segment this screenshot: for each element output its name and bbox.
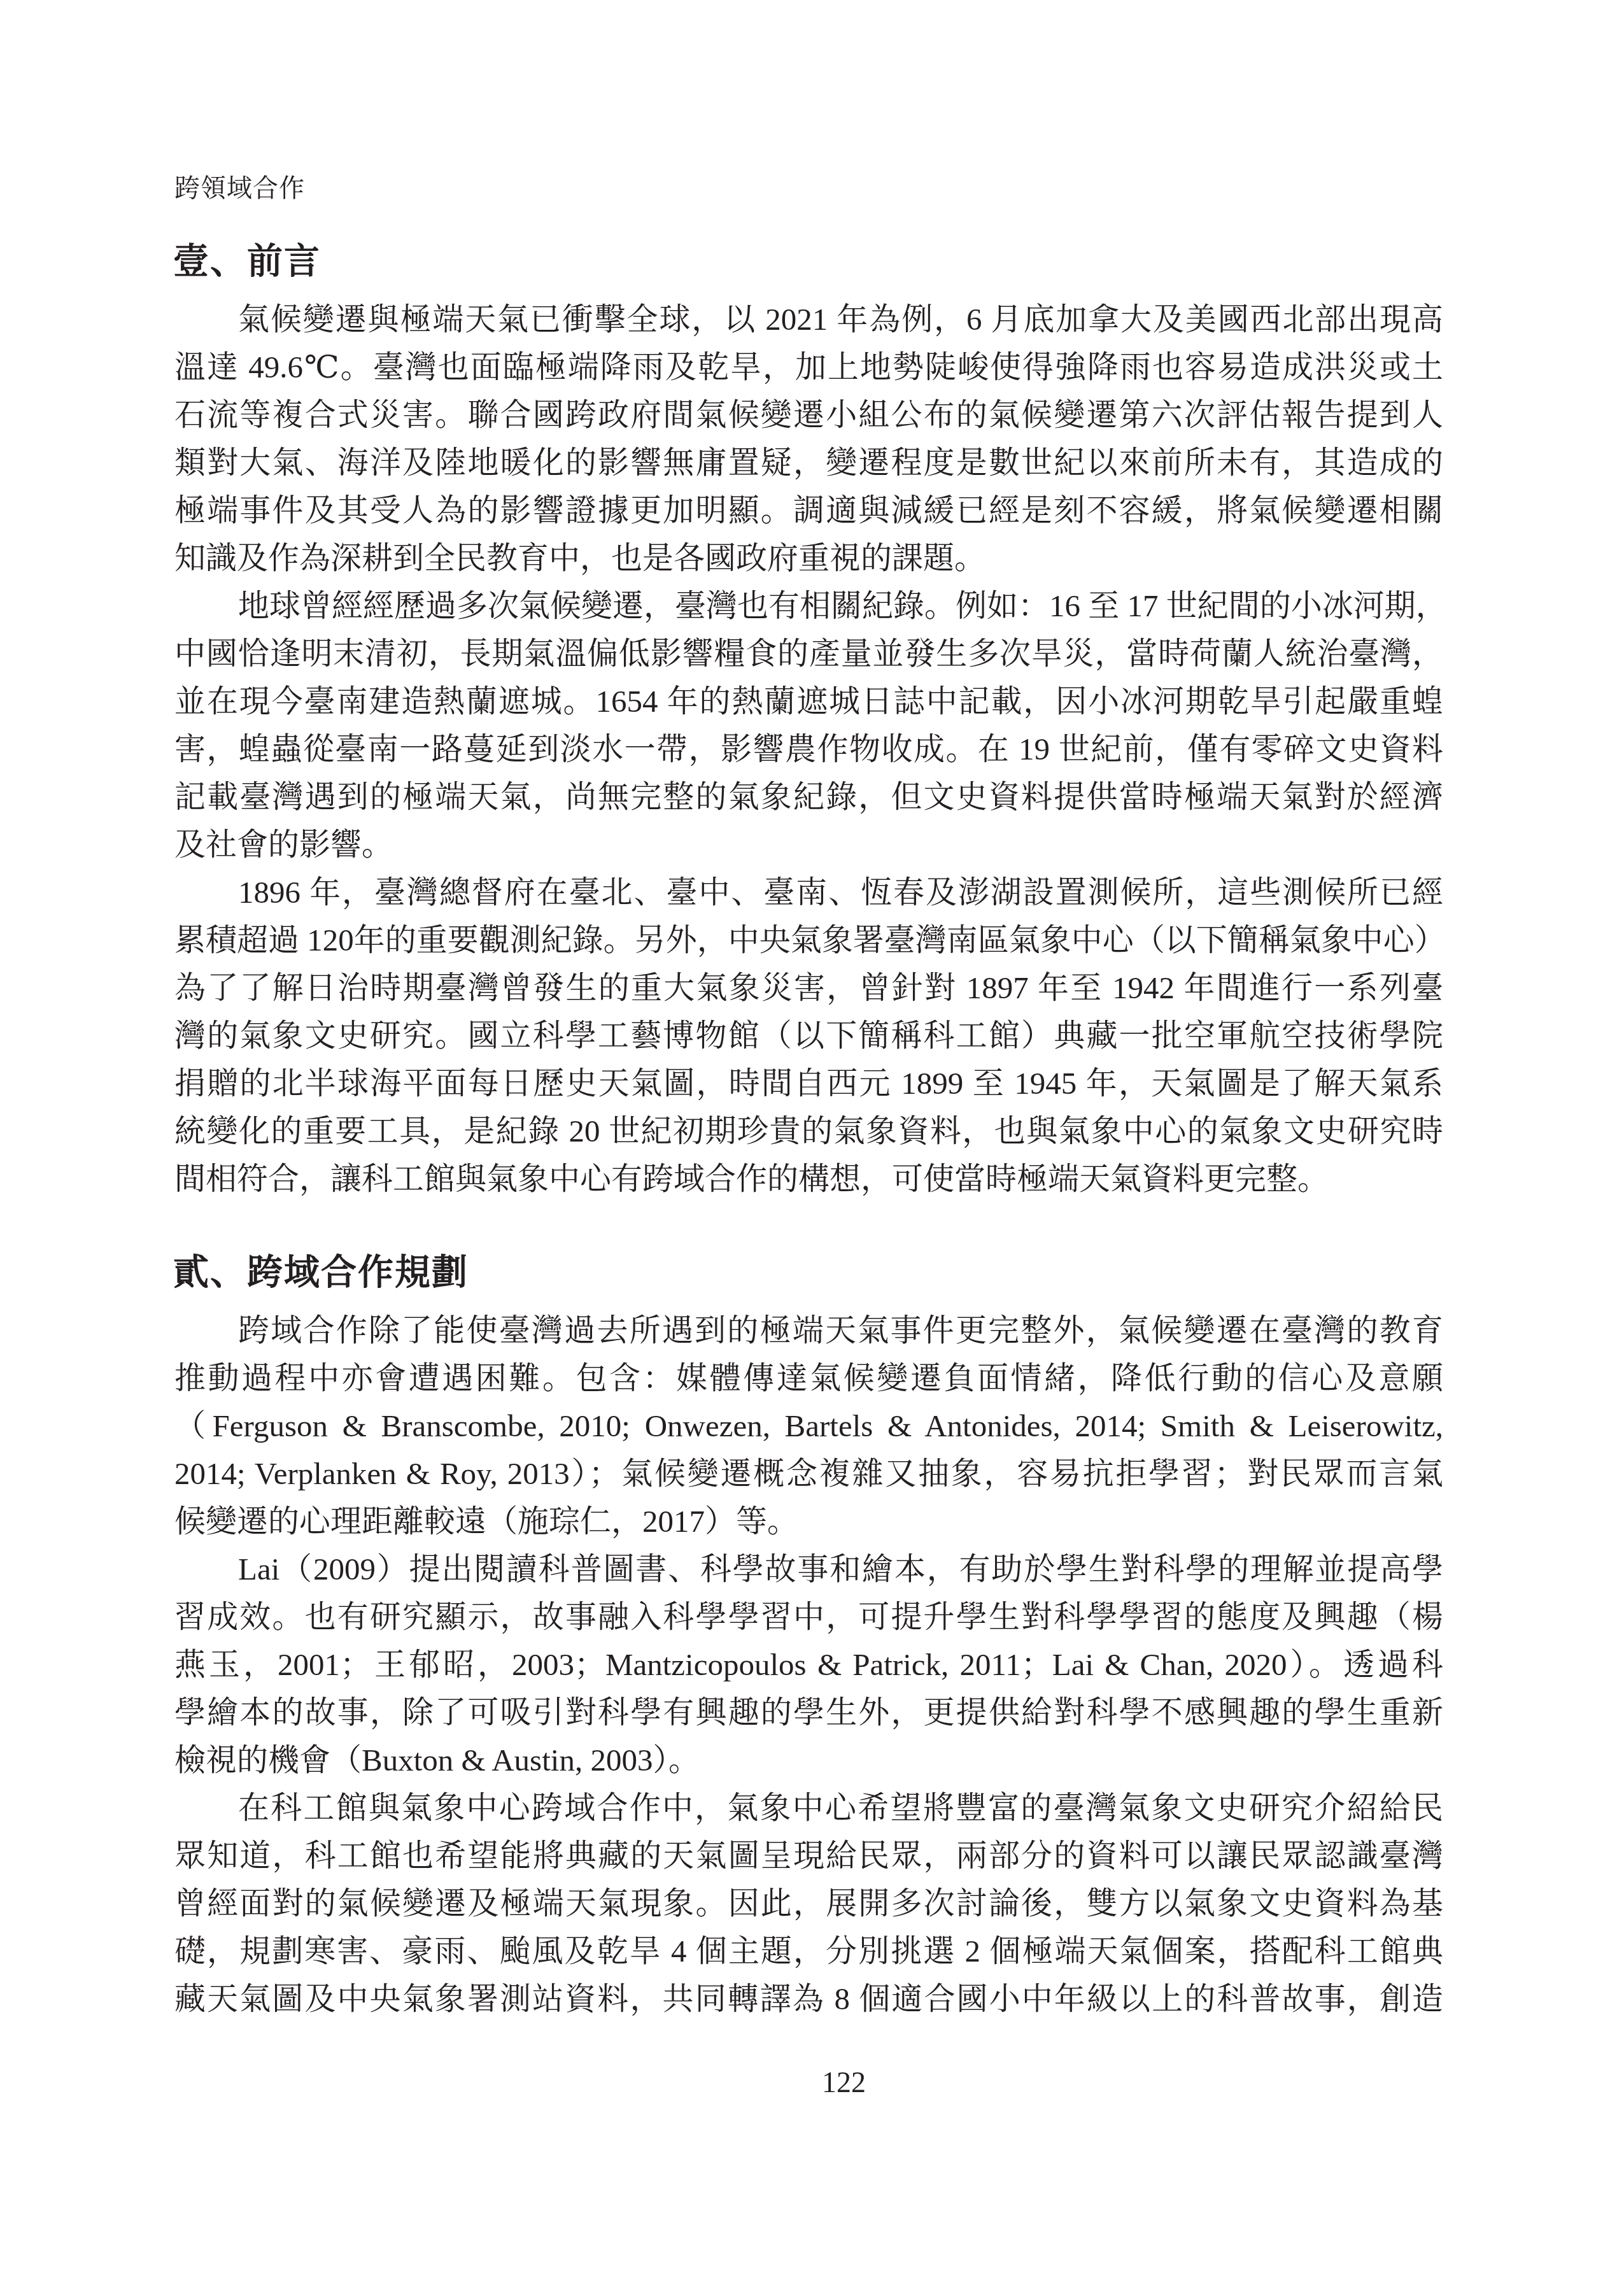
text-line: 並在現今臺南建造熱蘭遮城。1654 年的熱蘭遮城日誌中記載，因小冰河期乾旱引起嚴… xyxy=(174,677,1443,725)
section-heading-introduction: 壹、前言 xyxy=(173,238,321,286)
text-line: 知識及作為深耕到全民教育中，也是各國政府重視的課題。 xyxy=(174,534,1443,582)
text-line: 推動過程中亦會遭遇困難。包含：媒體傳達氣候變遷負面情緒，降低行動的信心及意願 xyxy=(174,1354,1443,1402)
paragraph-education-difficulties: 跨域合作除了能使臺灣過去所遇到的極端天氣事件更完整外，氣候變遷在臺灣的教育 推動… xyxy=(174,1306,1443,1545)
text-line: 灣的氣象文史研究。國立科學工藝博物館（以下簡稱科工館）典藏一批空軍航空技術學院 xyxy=(174,1012,1443,1059)
paragraph-historical-records: 地球曾經經歷過多次氣候變遷，臺灣也有相關紀錄。例如：16 至 17 世紀間的小冰… xyxy=(174,582,1443,868)
text-line: 學繪本的故事，除了可吸引對科學有興趣的學生外，更提供給對科學不感興趣的學生重新 xyxy=(174,1688,1443,1736)
text-line: 累積超過 120年的重要觀測紀錄。另外，中央氣象署臺灣南區氣象中心（以下簡稱氣象… xyxy=(174,916,1443,964)
text-line: Lai（2009）提出閱讀科普圖書、科學故事和繪本，有助於學生對科學的理解並提高… xyxy=(174,1545,1443,1593)
text-line: 曾經面對的氣候變遷及極端天氣現象。因此，展開多次討論後，雙方以氣象文史資料為基 xyxy=(174,1879,1443,1927)
text-line: 藏天氣圖及中央氣象署測站資料，共同轉譯為 8 個適合國小中年級以上的科普故事，創… xyxy=(174,1975,1443,2023)
text-line: 地球曾經經歷過多次氣候變遷，臺灣也有相關紀錄。例如：16 至 17 世紀間的小冰… xyxy=(174,582,1443,630)
section-heading-collaboration-planning: 貳、跨域合作規劃 xyxy=(173,1249,469,1297)
text-line: 為了了解日治時期臺灣曾發生的重大氣象災害，曾針對 1897 年至 1942 年間… xyxy=(174,964,1443,1012)
text-line: 間相符合，讓科工館與氣象中心有跨域合作的構想，可使當時極端天氣資料更完整。 xyxy=(174,1155,1443,1203)
text-line: （Ferguson & Branscombe, 2010; Onwezen, B… xyxy=(174,1402,1443,1450)
paragraph-science-picture-books: Lai（2009）提出閱讀科普圖書、科學故事和繪本，有助於學生對科學的理解並提高… xyxy=(174,1545,1443,1784)
text-line: 氣候變遷與極端天氣已衝擊全球，以 2021 年為例，6 月底加拿大及美國西北部出… xyxy=(174,295,1443,343)
text-line: 礎，規劃寒害、豪雨、颱風及乾旱 4 個主題，分別挑選 2 個極端天氣個案，搭配科… xyxy=(174,1927,1443,1975)
text-line: 記載臺灣遇到的極端天氣，尚無完整的氣象紀錄，但文史資料提供當時極端天氣對於經濟 xyxy=(174,773,1443,821)
text-line: 極端事件及其受人為的影響證據更加明顯。調適與減緩已經是刻不容緩，將氣候變遷相關 xyxy=(174,486,1443,534)
paragraph-collaboration-themes: 在科工館與氣象中心跨域合作中，氣象中心希望將豐富的臺灣氣象文史研究介紹給民 眾知… xyxy=(174,1784,1443,2023)
text-line: 眾知道，科工館也希望能將典藏的天氣圖呈現給民眾，兩部分的資料可以讓民眾認識臺灣 xyxy=(174,1832,1443,1879)
text-line: 習成效。也有研究顯示，故事融入科學學習中，可提升學生對科學學習的態度及興趣（楊 xyxy=(174,1593,1443,1641)
text-line: 2014; Verplanken & Roy, 2013）；氣候變遷概念複雜又抽… xyxy=(174,1450,1443,1497)
text-line: 溫達 49.6℃。臺灣也面臨極端降雨及乾旱，加上地勢陡峻使得強降雨也容易造成洪災… xyxy=(174,343,1443,391)
text-line: 跨域合作除了能使臺灣過去所遇到的極端天氣事件更完整外，氣候變遷在臺灣的教育 xyxy=(174,1306,1443,1354)
text-line: 及社會的影響。 xyxy=(174,821,1443,868)
text-line: 燕玉，2001；王郁昭，2003；Mantzicopoulos & Patric… xyxy=(174,1641,1443,1688)
page-number: 122 xyxy=(32,2065,1624,2100)
paragraph-climate-change-impact: 氣候變遷與極端天氣已衝擊全球，以 2021 年為例，6 月底加拿大及美國西北部出… xyxy=(174,295,1443,582)
text-line: 候變遷的心理距離較遠（施琮仁，2017）等。 xyxy=(174,1497,1443,1545)
text-line: 害，蝗蟲從臺南一路蔓延到淡水一帶，影響農作物收成。在 19 世紀前，僅有零碎文史… xyxy=(174,725,1443,773)
text-line: 中國恰逢明末清初，長期氣溫偏低影響糧食的產量並發生多次旱災，當時荷蘭人統治臺灣， xyxy=(174,630,1443,677)
text-line: 石流等複合式災害。聯合國跨政府間氣候變遷小組公布的氣候變遷第六次評估報告提到人 xyxy=(174,391,1443,439)
text-line: 在科工館與氣象中心跨域合作中，氣象中心希望將豐富的臺灣氣象文史研究介紹給民 xyxy=(174,1784,1443,1832)
running-header: 跨領域合作 xyxy=(174,172,305,205)
paragraph-observation-stations: 1896 年，臺灣總督府在臺北、臺中、臺南、恆春及澎湖設置測候所，這些測候所已經… xyxy=(174,868,1443,1203)
text-line: 類對大氣、海洋及陸地暖化的影響無庸置疑，變遷程度是數世紀以來前所未有，其造成的 xyxy=(174,439,1443,486)
text-line: 統變化的重要工具，是紀錄 20 世紀初期珍貴的氣象資料，也與氣象中心的氣象文史研… xyxy=(174,1107,1443,1155)
text-line: 檢視的機會（Buxton & Austin, 2003）。 xyxy=(174,1736,1443,1784)
text-line: 1896 年，臺灣總督府在臺北、臺中、臺南、恆春及澎湖設置測候所，這些測候所已經 xyxy=(174,868,1443,916)
text-line: 捐贈的北半球海平面每日歷史天氣圖，時間自西元 1899 至 1945 年，天氣圖… xyxy=(174,1059,1443,1107)
